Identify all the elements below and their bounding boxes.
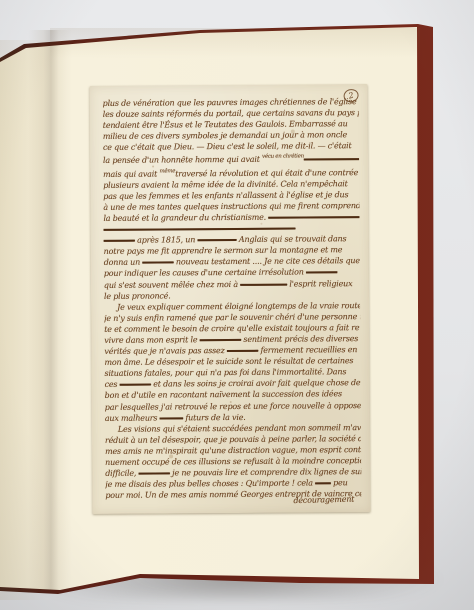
manuscript-line: qui s'est souvent mêlée chez moi à ―――――… — [104, 278, 360, 291]
manuscript-leaf: 2 plus de vénération que les pauvres ima… — [90, 84, 371, 514]
photo-frame: 2 plus de vénération que les pauvres ima… — [0, 0, 474, 610]
manuscript-line: la pensée d'un honnête homme qui avait v… — [103, 152, 359, 167]
manuscript-line: la beauté et la grandeur du christianism… — [103, 211, 359, 224]
manuscript-text: plus de vénération que les pauvres image… — [103, 96, 362, 501]
catchword: découragement — [293, 495, 354, 505]
manuscript-line: par lesquelles j'ai retrouvé le repos et… — [105, 400, 361, 413]
gutter-shadow — [28, 30, 72, 590]
manuscript-line: mais qui avait mêmetraversé la révolutio… — [103, 165, 359, 180]
page-top-curve-shade — [50, 28, 420, 58]
